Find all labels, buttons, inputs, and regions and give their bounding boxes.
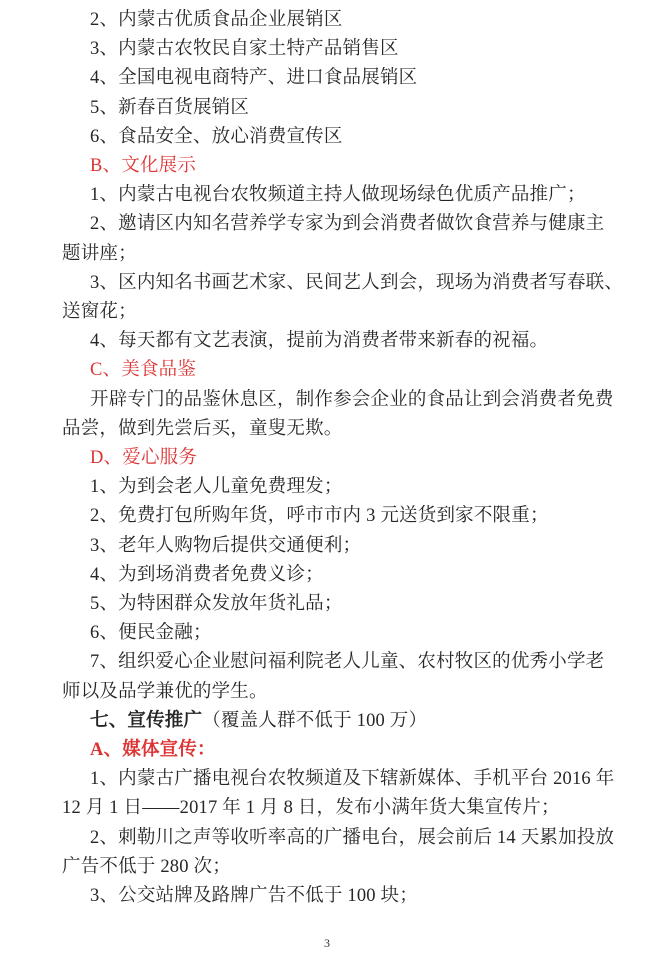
text-line: 题讲座； <box>62 240 594 269</box>
body-text: 4、每天都有文艺表演，提前为消费者带来新春的祝福。 <box>90 331 548 351</box>
body-text: 2、刺勒川之声等收听率高的广播电台，展会前后 14 天累加投放 <box>90 828 614 848</box>
body-text: 4、为到场消费者免费义诊； <box>90 565 324 585</box>
document-body: 2、内蒙古优质食品企业展销区3、内蒙古农牧民自家土特产品销售区4、全国电视电商特… <box>62 6 594 911</box>
body-text: 3、内蒙古农牧民自家土特产品销售区 <box>90 39 399 59</box>
body-text: （覆盖人群不低于 100 万） <box>202 711 427 731</box>
text-line: 送窗花； <box>62 298 594 327</box>
section-heading-text: B、文化展示 <box>90 156 196 176</box>
body-text: 1、内蒙古电视台农牧频道主持人做现场绿色优质产品推广； <box>90 185 586 205</box>
body-text: 6、食品安全、放心消费宣传区 <box>90 127 343 147</box>
text-line: 2、邀请区内知名营养学专家为到会消费者做饮食营养与健康主 <box>62 210 594 239</box>
body-text: 送窗花； <box>62 302 137 322</box>
body-text: 2、免费打包所购年货，呼市市内 3 元送货到家不限重； <box>90 506 549 526</box>
text-line: C、美食品鉴 <box>62 356 594 385</box>
text-line: 1、内蒙古广播电视台农牧频道及下辖新媒体、手机平台 2016 年 <box>62 765 594 794</box>
body-text: 2、内蒙古优质食品企业展销区 <box>90 10 343 30</box>
text-line: 广告不低于 280 次； <box>62 853 594 882</box>
body-text: 题讲座； <box>62 244 137 264</box>
body-text: 品尝，做到先尝后买，童叟无欺。 <box>62 419 343 439</box>
text-line: 师以及品学兼优的学生。 <box>62 678 594 707</box>
text-line: 4、全国电视电商特产、进口食品展销区 <box>62 64 594 93</box>
body-text: 七、宣传推广 <box>90 711 202 731</box>
body-text: 广告不低于 280 次； <box>62 857 231 877</box>
section-heading-text: C、美食品鉴 <box>90 360 196 380</box>
text-line: B、文化展示 <box>62 152 594 181</box>
text-line: 1、内蒙古电视台农牧频道主持人做现场绿色优质产品推广； <box>62 181 594 210</box>
body-text: 6、便民金融； <box>90 623 212 643</box>
body-text: 2、邀请区内知名营养学专家为到会消费者做饮食营养与健康主 <box>90 214 604 234</box>
document-page: 2、内蒙古优质食品企业展销区3、内蒙古农牧民自家土特产品销售区4、全国电视电商特… <box>0 0 654 974</box>
text-line: A、媒体宣传： <box>62 736 594 765</box>
text-line: 2、刺勒川之声等收听率高的广播电台，展会前后 14 天累加投放 <box>62 824 594 853</box>
text-line: 3、公交站牌及路牌广告不低于 100 块； <box>62 882 594 911</box>
text-line: 4、每天都有文艺表演，提前为消费者带来新春的祝福。 <box>62 327 594 356</box>
body-text: 3、老年人购物后提供交通便利； <box>90 536 361 556</box>
text-line: 4、为到场消费者免费义诊； <box>62 561 594 590</box>
text-line: 5、为特困群众发放年货礼品； <box>62 590 594 619</box>
body-text: 3、公交站牌及路牌广告不低于 100 块； <box>90 886 418 906</box>
text-line: 5、新春百货展销区 <box>62 94 594 123</box>
text-line: 1、为到会老人儿童免费理发； <box>62 473 594 502</box>
section-heading-text: D、爱心服务 <box>90 448 197 468</box>
body-text: 师以及品学兼优的学生。 <box>62 682 268 702</box>
body-text: 1、内蒙古广播电视台农牧频道及下辖新媒体、手机平台 2016 年 <box>90 769 614 789</box>
text-line: 品尝，做到先尝后买，童叟无欺。 <box>62 415 594 444</box>
body-text: 4、全国电视电商特产、进口食品展销区 <box>90 68 417 88</box>
body-text: 开辟专门的品鉴休息区，制作参会企业的食品让到会消费者免费 <box>90 390 614 410</box>
body-text: 1、为到会老人儿童免费理发； <box>90 477 343 497</box>
text-line: 3、老年人购物后提供交通便利； <box>62 532 594 561</box>
text-line: 6、食品安全、放心消费宣传区 <box>62 123 594 152</box>
text-line: D、爱心服务 <box>62 444 594 473</box>
text-line: 12 月 1 日——2017 年 1 月 8 日，发布小满年货大集宣传片； <box>62 794 594 823</box>
text-line: 6、便民金融； <box>62 619 594 648</box>
page-number: 3 <box>0 936 654 951</box>
section-heading-text: A、媒体宣传： <box>90 740 216 760</box>
text-line: 七、宣传推广（覆盖人群不低于 100 万） <box>62 707 594 736</box>
text-line: 开辟专门的品鉴休息区，制作参会企业的食品让到会消费者免费 <box>62 386 594 415</box>
text-line: 3、区内知名书画艺术家、民间艺人到会，现场为消费者写春联、 <box>62 269 594 298</box>
body-text: 3、区内知名书画艺术家、民间艺人到会，现场为消费者写春联、 <box>90 273 623 293</box>
text-line: 3、内蒙古农牧民自家土特产品销售区 <box>62 35 594 64</box>
text-line: 2、内蒙古优质食品企业展销区 <box>62 6 594 35</box>
body-text: 5、新春百货展销区 <box>90 98 249 118</box>
body-text: 5、为特困群众发放年货礼品； <box>90 594 343 614</box>
body-text: 7、组织爱心企业慰问福利院老人儿童、农村牧区的优秀小学老 <box>90 652 604 672</box>
text-line: 7、组织爱心企业慰问福利院老人儿童、农村牧区的优秀小学老 <box>62 648 594 677</box>
body-text: 12 月 1 日——2017 年 1 月 8 日，发布小满年货大集宣传片； <box>62 798 560 818</box>
text-line: 2、免费打包所购年货，呼市市内 3 元送货到家不限重； <box>62 502 594 531</box>
